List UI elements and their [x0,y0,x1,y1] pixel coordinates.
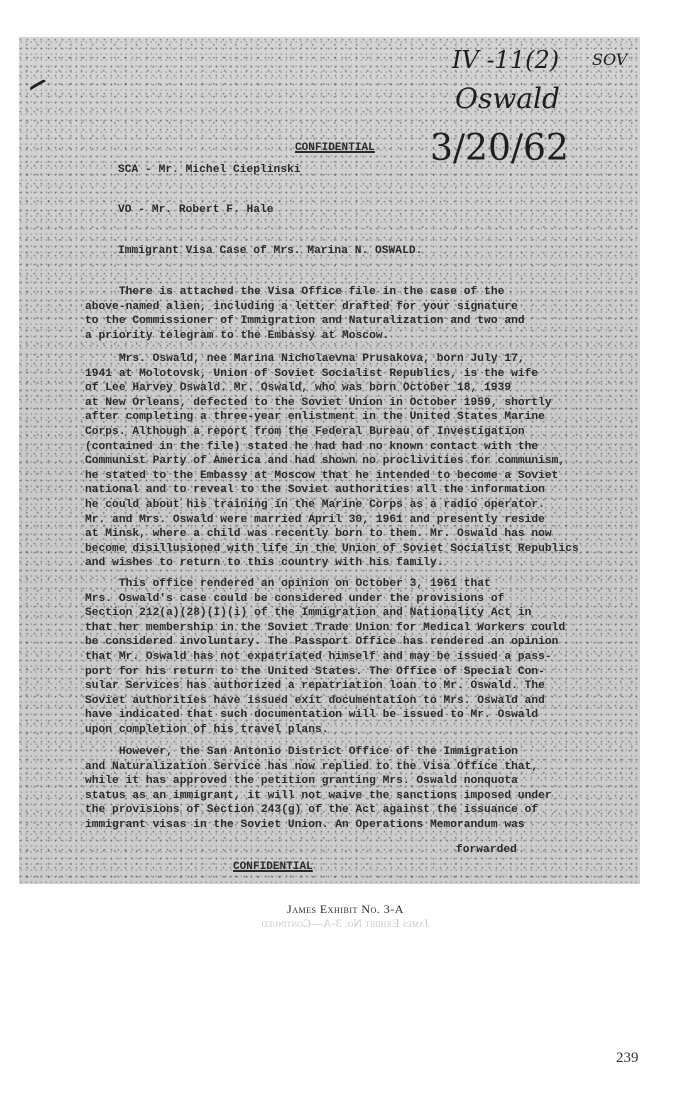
to-line: SCA - Mr. Michel Cieplinski [118,163,301,178]
memo-line: at New Orleans, defected to the Soviet U… [85,396,552,411]
memo-line: the provisions of Section 243(g) of the … [85,803,538,818]
memo-line: have indicated that such documentation w… [85,708,538,723]
memo-line: However, the San Antonio District Office… [85,745,518,760]
memo-line: a priority telegram to the Embassy at Mo… [85,329,389,344]
from-line: VO - Mr. Robert F. Hale [118,203,274,218]
memo-line: port for his return to the United States… [85,665,545,680]
memo-line: sular Services has authorized a repatria… [85,679,545,694]
memo-line: at Minsk, where a child was recently bor… [85,527,552,542]
classification-bottom: CONFIDENTIAL [233,860,313,875]
memo-line: 1941 at Molotovsk, Union of Soviet Socia… [85,367,538,382]
memo-line: he stated to the Embassy at Moscow that … [85,469,558,484]
memo-line: of Lee Harvey Oswald. Mr. Oswald, who wa… [85,381,511,396]
bleed-through-caption: James Exhibit No. 3-A—Continued [0,916,691,931]
handwritten-name: Oswald [455,82,560,115]
handwritten-region: SOV [592,50,627,69]
memo-line: Mrs. Oswald's case could be considered u… [85,592,504,607]
memo-line: Communist Party of America and had shown… [85,454,565,469]
memo-line: Mrs. Oswald, nee Marina Nicholaevna Prus… [85,352,525,367]
memo-line: that Mr. Oswald has not expatriated hims… [85,650,552,665]
memo-line: and wishes to return to this country wit… [85,556,443,571]
memo-line: and Naturalization Service has now repli… [85,760,538,775]
handwritten-date: 3/20/62 [430,128,569,169]
memo-line: be considered involuntary. The Passport … [85,635,558,650]
memo-line: Mr. and Mrs. Oswald were married April 3… [85,513,545,528]
memo-line: after completing a three-year enlistment… [85,410,545,425]
memo-line: to the Commissioner of Immigration and N… [85,314,525,329]
memo-line: become disillusioned with life in the Un… [85,542,579,557]
memo-line: national and to reveal to the Soviet aut… [85,483,545,498]
memo-line: upon completion of his travel plans. [85,723,329,738]
memo-line: that her membership in the Soviet Trade … [85,621,565,636]
memo-line: Corps. Although a report from the Federa… [85,425,525,440]
memo-line: he could about his training in the Marin… [85,498,545,513]
handwritten-file-code: IV -11(2) [452,46,559,74]
memo-line: (contained in the file) stated he had ha… [85,440,538,455]
memo-line: immigrant visas in the Soviet Union. An … [85,818,525,833]
continuation-word: forwarded [456,843,517,858]
page-number: 239 [616,1050,639,1067]
memo-line: This office rendered an opinion on Octob… [85,577,491,592]
memo-line: above-named alien, including a letter dr… [85,300,518,315]
memo-line: while it has approved the petition grant… [85,774,518,789]
memo-line: status as an immigrant, it will not waiv… [85,789,552,804]
memo-line: Section 212(a)(28)(I)(i) of the Immigrat… [85,606,531,621]
memo-line: There is attached the Visa Office file i… [85,285,504,300]
exhibit-caption: James Exhibit No. 3-A [0,902,691,917]
classification-top: CONFIDENTIAL [295,141,375,156]
subject-line: Immigrant Visa Case of Mrs. Marina N. OS… [118,244,422,259]
memo-line: Soviet authorities have issued exit docu… [85,694,545,709]
